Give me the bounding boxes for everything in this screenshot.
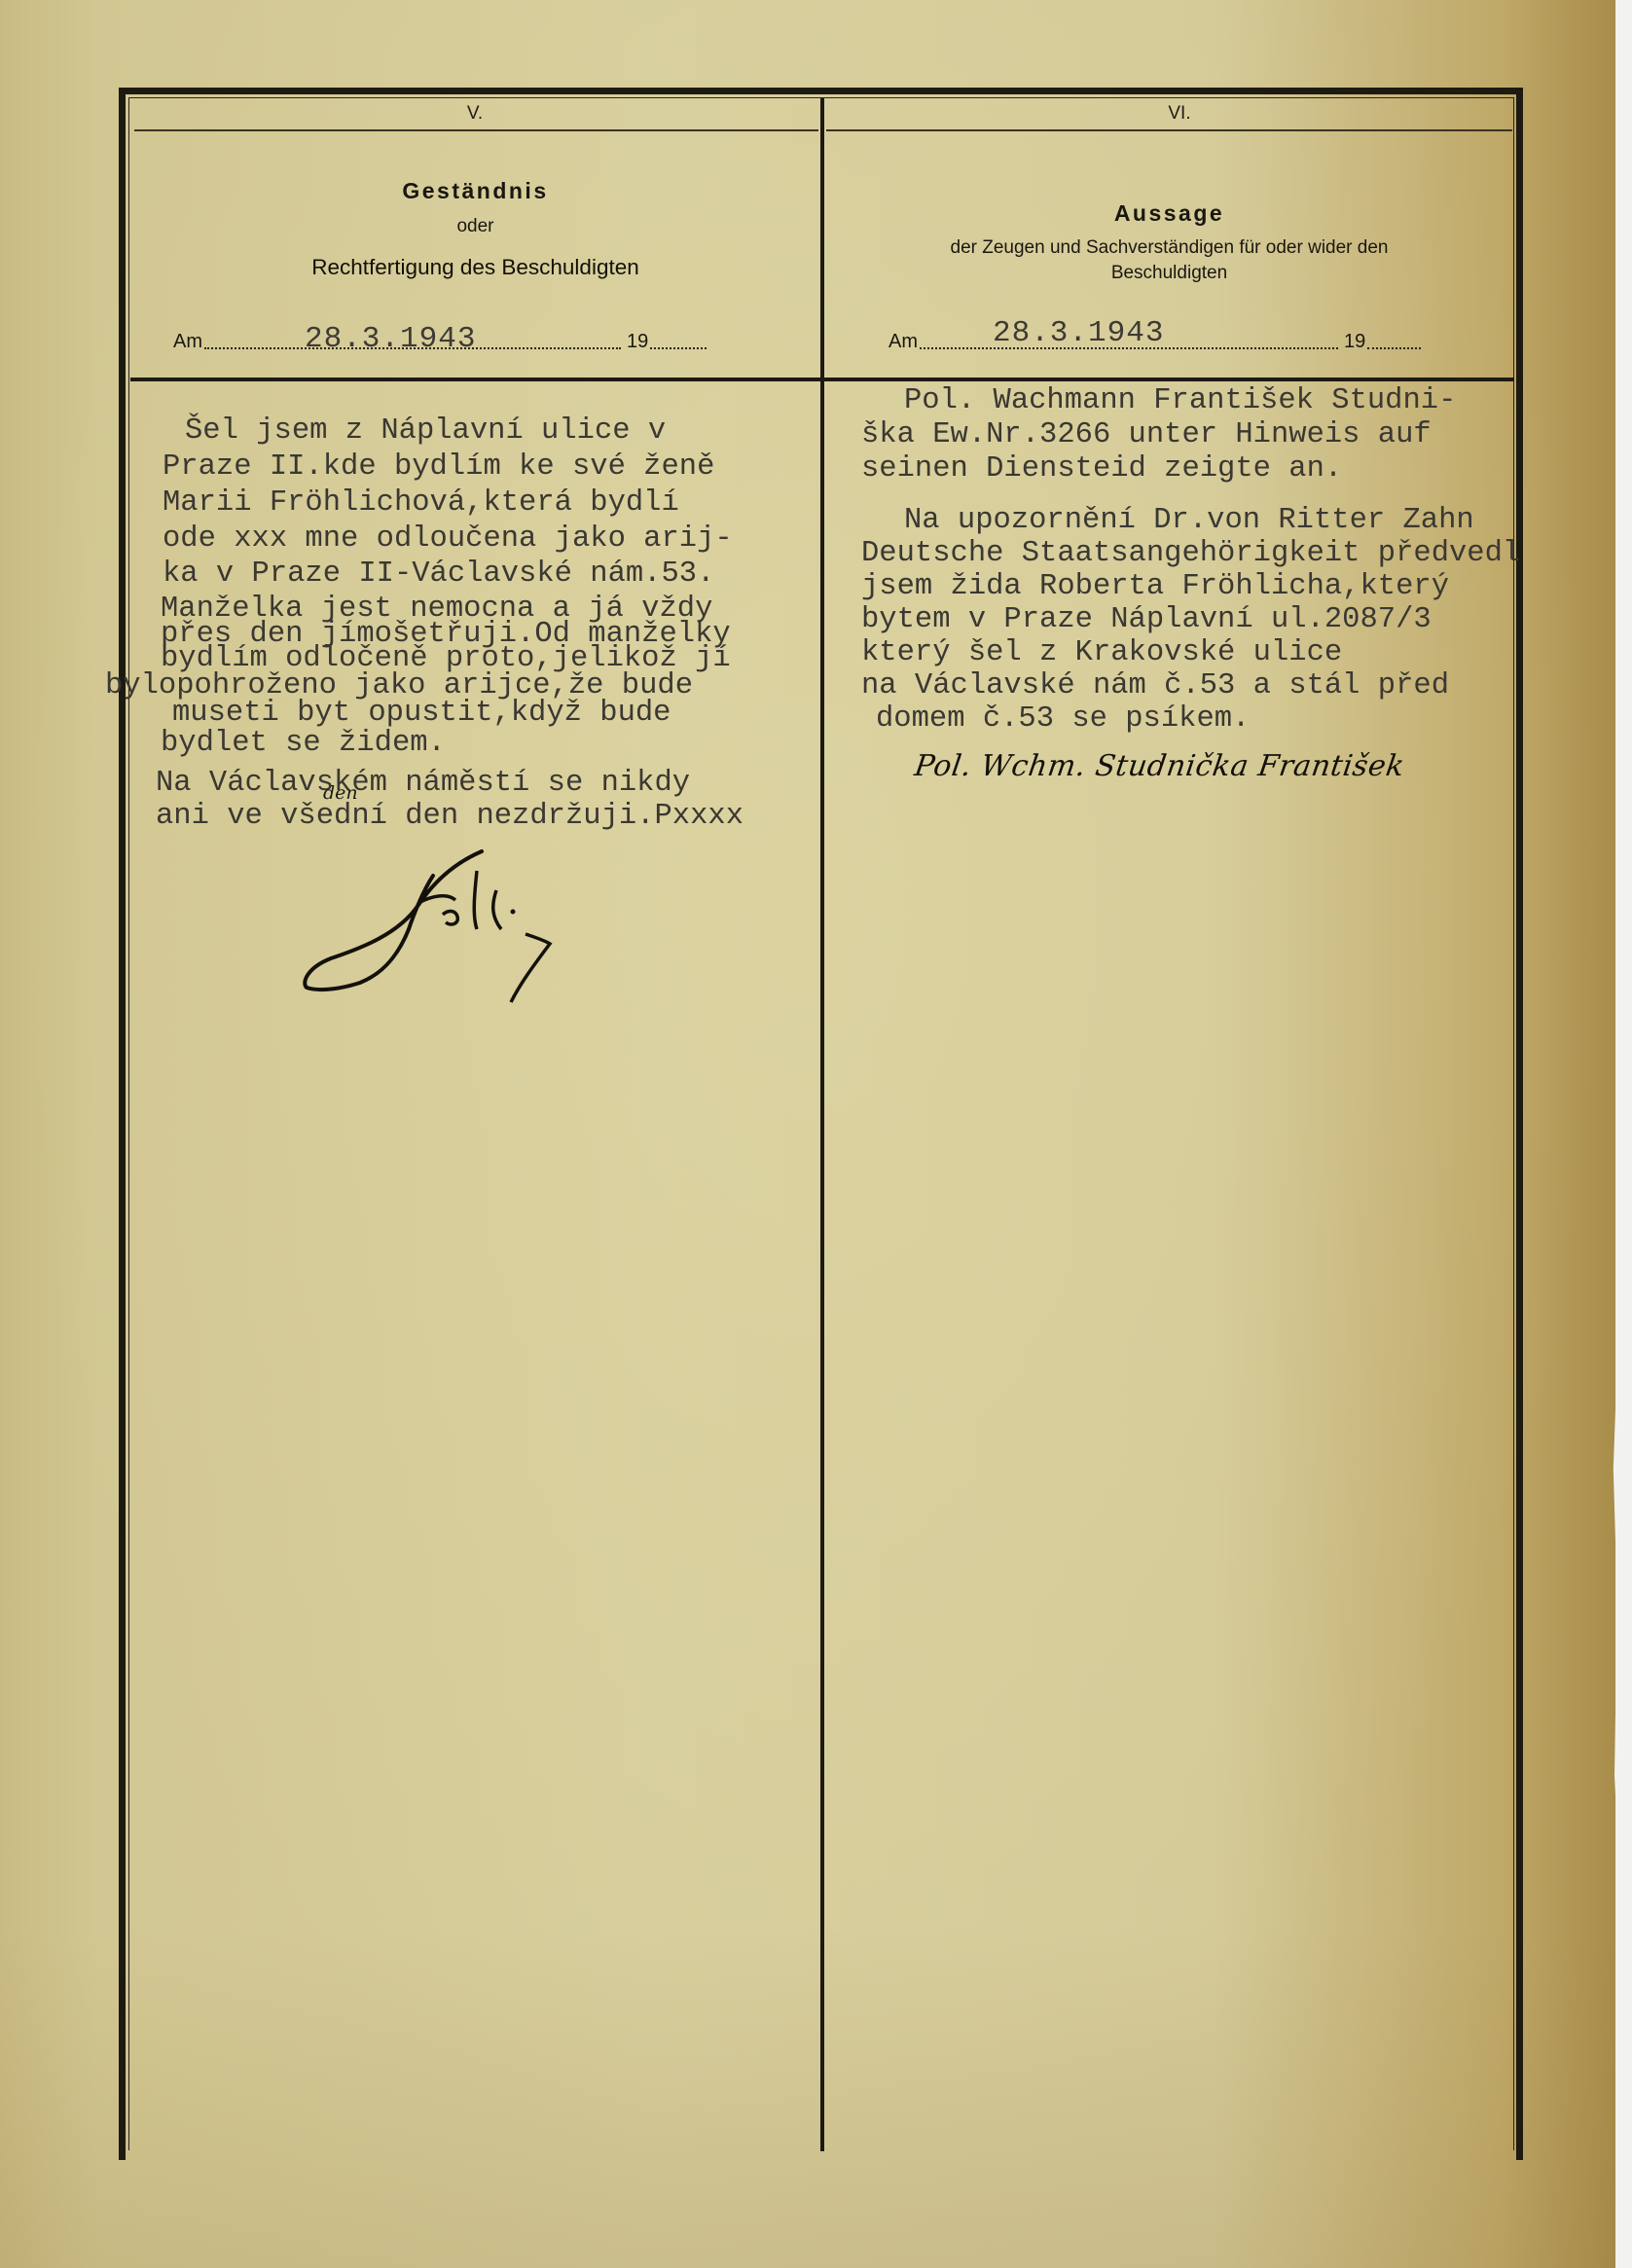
header-rule-right bbox=[824, 378, 1514, 381]
numeral-row-rule-left bbox=[134, 129, 818, 131]
right-date-label: Am bbox=[889, 331, 918, 353]
right-line-9: který šel z Krakovské ulice bbox=[861, 636, 1342, 669]
right-line-2: ška Ew.Nr.3266 unter Hinweis auf bbox=[861, 418, 1432, 451]
left-subtitle: Rechtfertigung des Beschuldigten bbox=[130, 255, 820, 280]
right-date-value: 28.3.1943 bbox=[993, 316, 1164, 350]
left-date-value: 28.3.1943 bbox=[305, 322, 476, 356]
left-line-2: Praze II.kde bydlím ke své ženě bbox=[163, 450, 714, 484]
right-line-3: seinen Diensteid zeigte an. bbox=[861, 452, 1342, 486]
column-divider bbox=[820, 98, 824, 2151]
right-subtitle-line2: Beschuldigten bbox=[824, 263, 1514, 284]
right-title: Aussage bbox=[824, 200, 1514, 227]
left-line-1: Šel jsem z Náplavní ulice v bbox=[185, 414, 666, 448]
right-year-dots bbox=[1367, 343, 1421, 349]
left-line-13: ani ve všední den nezdržuji.Pxxxx bbox=[156, 800, 743, 833]
left-date-label: Am bbox=[173, 331, 202, 353]
right-line-11: domem č.53 se psíkem. bbox=[876, 702, 1250, 736]
left-connector: oder bbox=[130, 216, 820, 237]
right-line-7: jsem žida Roberta Fröhlicha,který bbox=[861, 570, 1449, 603]
left-line-4: ode xxx mne odloučena jako arij- bbox=[163, 522, 733, 556]
handwritten-insertion: den bbox=[323, 782, 358, 804]
left-line-11: bydlet se židem. bbox=[161, 727, 446, 760]
right-subtitle-line1: der Zeugen und Sachverständigen für oder… bbox=[824, 237, 1514, 259]
left-line-10: museti byt opustit,když bude bbox=[172, 697, 671, 730]
right-line-10: na Václavské nám č.53 a stál před bbox=[861, 669, 1449, 702]
right-year-prefix: 19 bbox=[1344, 331, 1365, 353]
left-title: Geständnis bbox=[130, 178, 820, 204]
left-year-dots bbox=[650, 343, 707, 349]
right-line-8: bytem v Praze Náplavní ul.2087/3 bbox=[861, 603, 1432, 636]
numeral-row-rule-right bbox=[826, 129, 1512, 131]
right-line-5: Na upozornění Dr.von Ritter Zahn bbox=[904, 504, 1474, 537]
header-rule-left bbox=[130, 378, 820, 381]
left-year-prefix: 19 bbox=[627, 331, 648, 353]
left-line-3: Marii Fröhlichová,která bydlí bbox=[163, 486, 679, 520]
right-line-1: Pol. Wachmann František Studni- bbox=[904, 384, 1456, 417]
left-line-5: ka v Praze II-Václavské nám.53. bbox=[163, 558, 714, 591]
witness-signature: Pol. Wchm. Studnička František bbox=[913, 749, 1407, 783]
section-numeral-vi: VI. bbox=[1160, 103, 1199, 125]
section-numeral-v: V. bbox=[455, 103, 494, 125]
right-line-6: Deutsche Staatsangehörigkeit předvedl bbox=[861, 537, 1520, 570]
accused-signature bbox=[292, 846, 564, 1012]
left-line-12: Na Václavském náměstí se nikdy bbox=[156, 767, 690, 800]
